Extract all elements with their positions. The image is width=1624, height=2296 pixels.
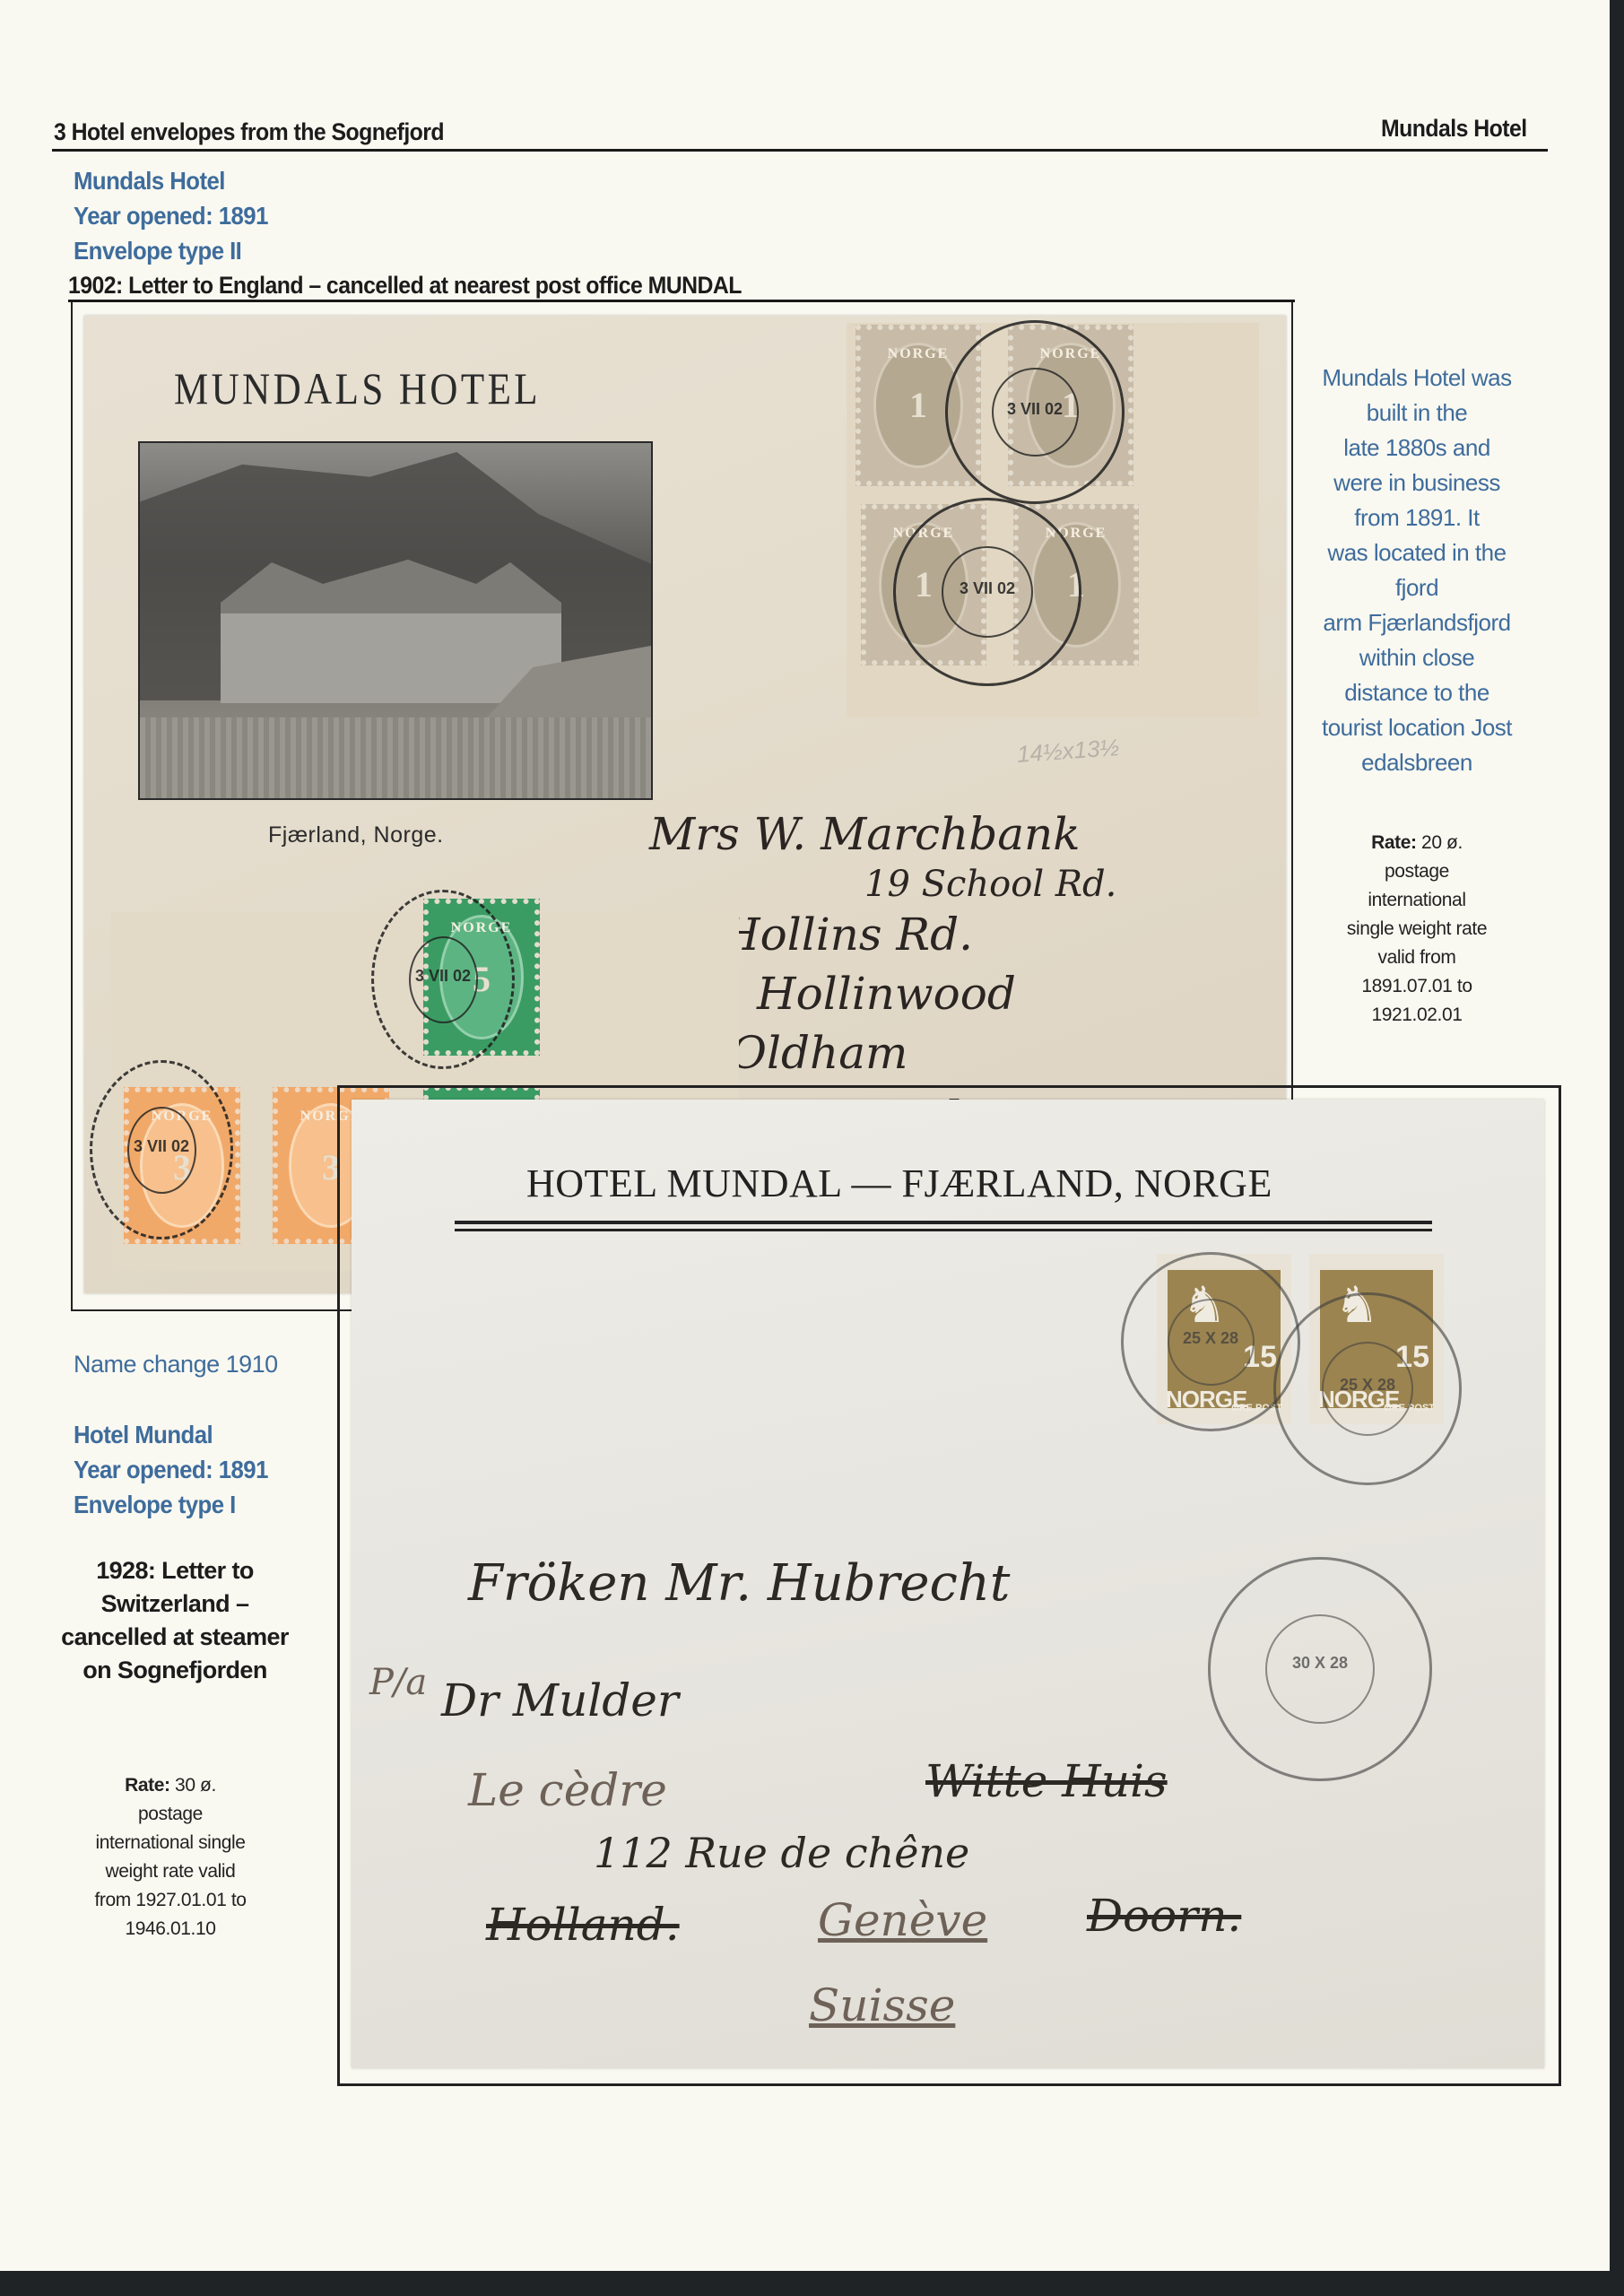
postmark-fjaerland: 3 VII 02 (893, 498, 1081, 686)
envelope2-subtitle: 1928: Letter to Switzerland – cancelled … (54, 1554, 296, 1687)
postmark-fjaerland: 3 VII 02 (945, 320, 1125, 504)
envelope2-letterhead: HOTEL MUNDAL — FJÆRLAND, NORGE (526, 1161, 1272, 1206)
postmark-mundal: 3 VII 02 (90, 1060, 233, 1239)
address-country: Suisse (809, 1979, 955, 2032)
address-line: Hollins Rd. (721, 905, 1152, 964)
pencil-note: 14½x13½ (1016, 734, 1120, 769)
address-prefix: P/a (369, 1656, 427, 1709)
postmark-sogns-postexp: 25 X 28 (1273, 1292, 1462, 1485)
rate-label: Rate: (1371, 832, 1417, 853)
address-line: Le cèdre (468, 1763, 667, 1817)
desc-line: within close (1300, 640, 1533, 675)
rate-value: 30 ø. (170, 1775, 216, 1796)
address-line: Fröken Mr. Hubrecht (468, 1557, 1010, 1611)
address-line: 112 Rue de chêne (594, 1826, 969, 1880)
desc-line: edalsbreen (1300, 745, 1533, 780)
rate-line: 1946.01.10 (63, 1915, 278, 1944)
address-line: Dr Mulder (441, 1674, 679, 1727)
desc-line: was located in the (1300, 535, 1533, 570)
rate-line: 1921.02.01 (1309, 1001, 1524, 1030)
rate-line: postage (63, 1800, 278, 1829)
desc-line: tourist location Jost (1300, 710, 1533, 745)
address-line-struck: Doorn. (1087, 1889, 1241, 1943)
desc-line: were in business (1300, 465, 1533, 500)
letterhead-rule (455, 1229, 1432, 1231)
letterhead-rule (455, 1221, 1432, 1224)
envelope-1928: HOTEL MUNDAL — FJÆRLAND, NORGE ♞ 15 NORG… (352, 1100, 1544, 2068)
desc-line: Mundals Hotel was (1300, 361, 1533, 396)
subtitle-line: Switzerland – (54, 1587, 296, 1621)
address-line: Genève (818, 1893, 987, 1947)
hotel2-envelope-type: Envelope type I (74, 1487, 268, 1522)
postmark-sogns-postexp: 25 X 28 (1121, 1252, 1300, 1431)
postmark-doorn: 30 X 28 (1208, 1557, 1432, 1781)
subtitle-line: cancelled at steamer (54, 1621, 296, 1654)
desc-line: arm Fjærlandsfjord (1300, 605, 1533, 640)
hotel2-year: Year opened: 1891 (74, 1452, 268, 1487)
desc-line: late 1880s and (1300, 430, 1533, 465)
rate-line: weight rate valid (63, 1857, 278, 1886)
rate-line: single weight rate (1309, 915, 1524, 944)
address-line: 19 School Rd. (864, 864, 1296, 905)
address-line: Oldham (730, 1023, 1161, 1083)
hotel1-envelope-type: Envelope type II (74, 233, 268, 268)
rate-line: valid from (1309, 944, 1524, 972)
desc-line: from 1891. It (1300, 500, 1533, 535)
envelope1-subtitle: 1902: Letter to England – cancelled at n… (68, 272, 742, 300)
stone-wall-illustration (140, 717, 651, 798)
envelope1-letterhead: MUNDALS HOTEL (174, 362, 541, 414)
hotel1-info: Mundals Hotel Year opened: 1891 Envelope… (74, 163, 268, 268)
hotel2-info: Hotel Mundal Year opened: 1891 Envelope … (74, 1417, 268, 1522)
hotel-photo (138, 441, 653, 800)
hotel1-year: Year opened: 1891 (74, 198, 268, 233)
rate-line: international (1309, 886, 1524, 915)
desc-line: distance to the (1300, 675, 1533, 710)
hotel2-name: Hotel Mundal (74, 1417, 268, 1452)
address-line: Hollinwood (757, 964, 1188, 1023)
subtitle-line: on Sognefjorden (54, 1654, 296, 1687)
album-page: 3 Hotel envelopes from the Sognefjord Mu… (0, 0, 1610, 2271)
photo-caption: Fjærland, Norge. (268, 822, 444, 848)
postmark-mundal: 3 VII 02 (371, 890, 515, 1069)
page-title: 3 Hotel envelopes from the Sognefjord (54, 118, 444, 146)
desc-line: fjord (1300, 570, 1533, 605)
address-line-struck: Witte Huis (925, 1754, 1168, 1808)
rate-line: 1891.07.01 to (1309, 972, 1524, 1001)
rate-line: postage (1309, 857, 1524, 886)
address-line: Mrs W. Marchbank (649, 804, 1081, 864)
rate-label: Rate: (125, 1775, 170, 1796)
hotel-roof-illustration (221, 560, 561, 613)
rate-value: 20 ø. (1417, 832, 1463, 853)
header-rule (52, 149, 1548, 152)
desc-line: built in the (1300, 396, 1533, 430)
subtitle-line: 1928: Letter to (54, 1554, 296, 1587)
hotel1-description: Mundals Hotel was built in the late 1880… (1300, 361, 1533, 780)
name-change-note: Name change 1910 (74, 1347, 278, 1382)
hotel1-rate: Rate: 20 ø. postage international single… (1309, 829, 1524, 1030)
section-title: Mundals Hotel (1381, 115, 1527, 143)
hotel1-name: Mundals Hotel (74, 163, 268, 198)
address-line-struck: Holland. (486, 1898, 680, 1952)
hotel2-rate: Rate: 30 ø. postage international single… (63, 1771, 278, 1944)
rate-line: international single (63, 1829, 278, 1857)
rate-line: from 1927.01.01 to (63, 1886, 278, 1915)
